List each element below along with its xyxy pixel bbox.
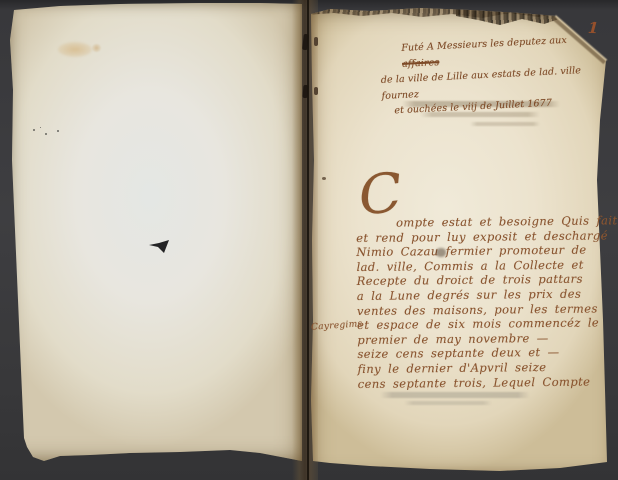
binding-stitch <box>314 37 318 46</box>
header-inscription: Futé A Messieurs les deputez aux affaire… <box>379 31 605 119</box>
ink-speck <box>322 177 326 180</box>
binding-stitch <box>302 34 309 50</box>
ink-blot <box>148 238 170 255</box>
ink-speck <box>33 129 35 131</box>
left-page <box>8 2 304 464</box>
binding-stitch <box>314 87 318 95</box>
bleedthrough-text <box>470 122 540 126</box>
manuscript-body: ompte estat et besoigne Quis fait et ren… <box>356 213 600 391</box>
binding-stitch <box>303 85 309 98</box>
book-spine-gutter <box>292 0 318 480</box>
ink-speck <box>40 127 41 128</box>
bleedthrough-text <box>380 392 530 398</box>
bleedthrough-text <box>404 401 492 405</box>
ink-speck <box>57 130 59 132</box>
frayed-top-edge-blotch <box>456 4 562 28</box>
paper-stain <box>58 42 92 57</box>
manuscript-line: et espace de six mois commencéz le <box>357 316 599 333</box>
struck-word: affaires <box>402 57 440 70</box>
ink-smudge <box>436 248 446 257</box>
manuscript-scan-background: 1 Futé A Messieurs les deputez aux affai… <box>0 0 618 480</box>
ink-speck <box>45 133 47 135</box>
paper-stain-dot <box>92 44 101 52</box>
manuscript-line: cens septante trois, Lequel Compte <box>358 374 600 391</box>
